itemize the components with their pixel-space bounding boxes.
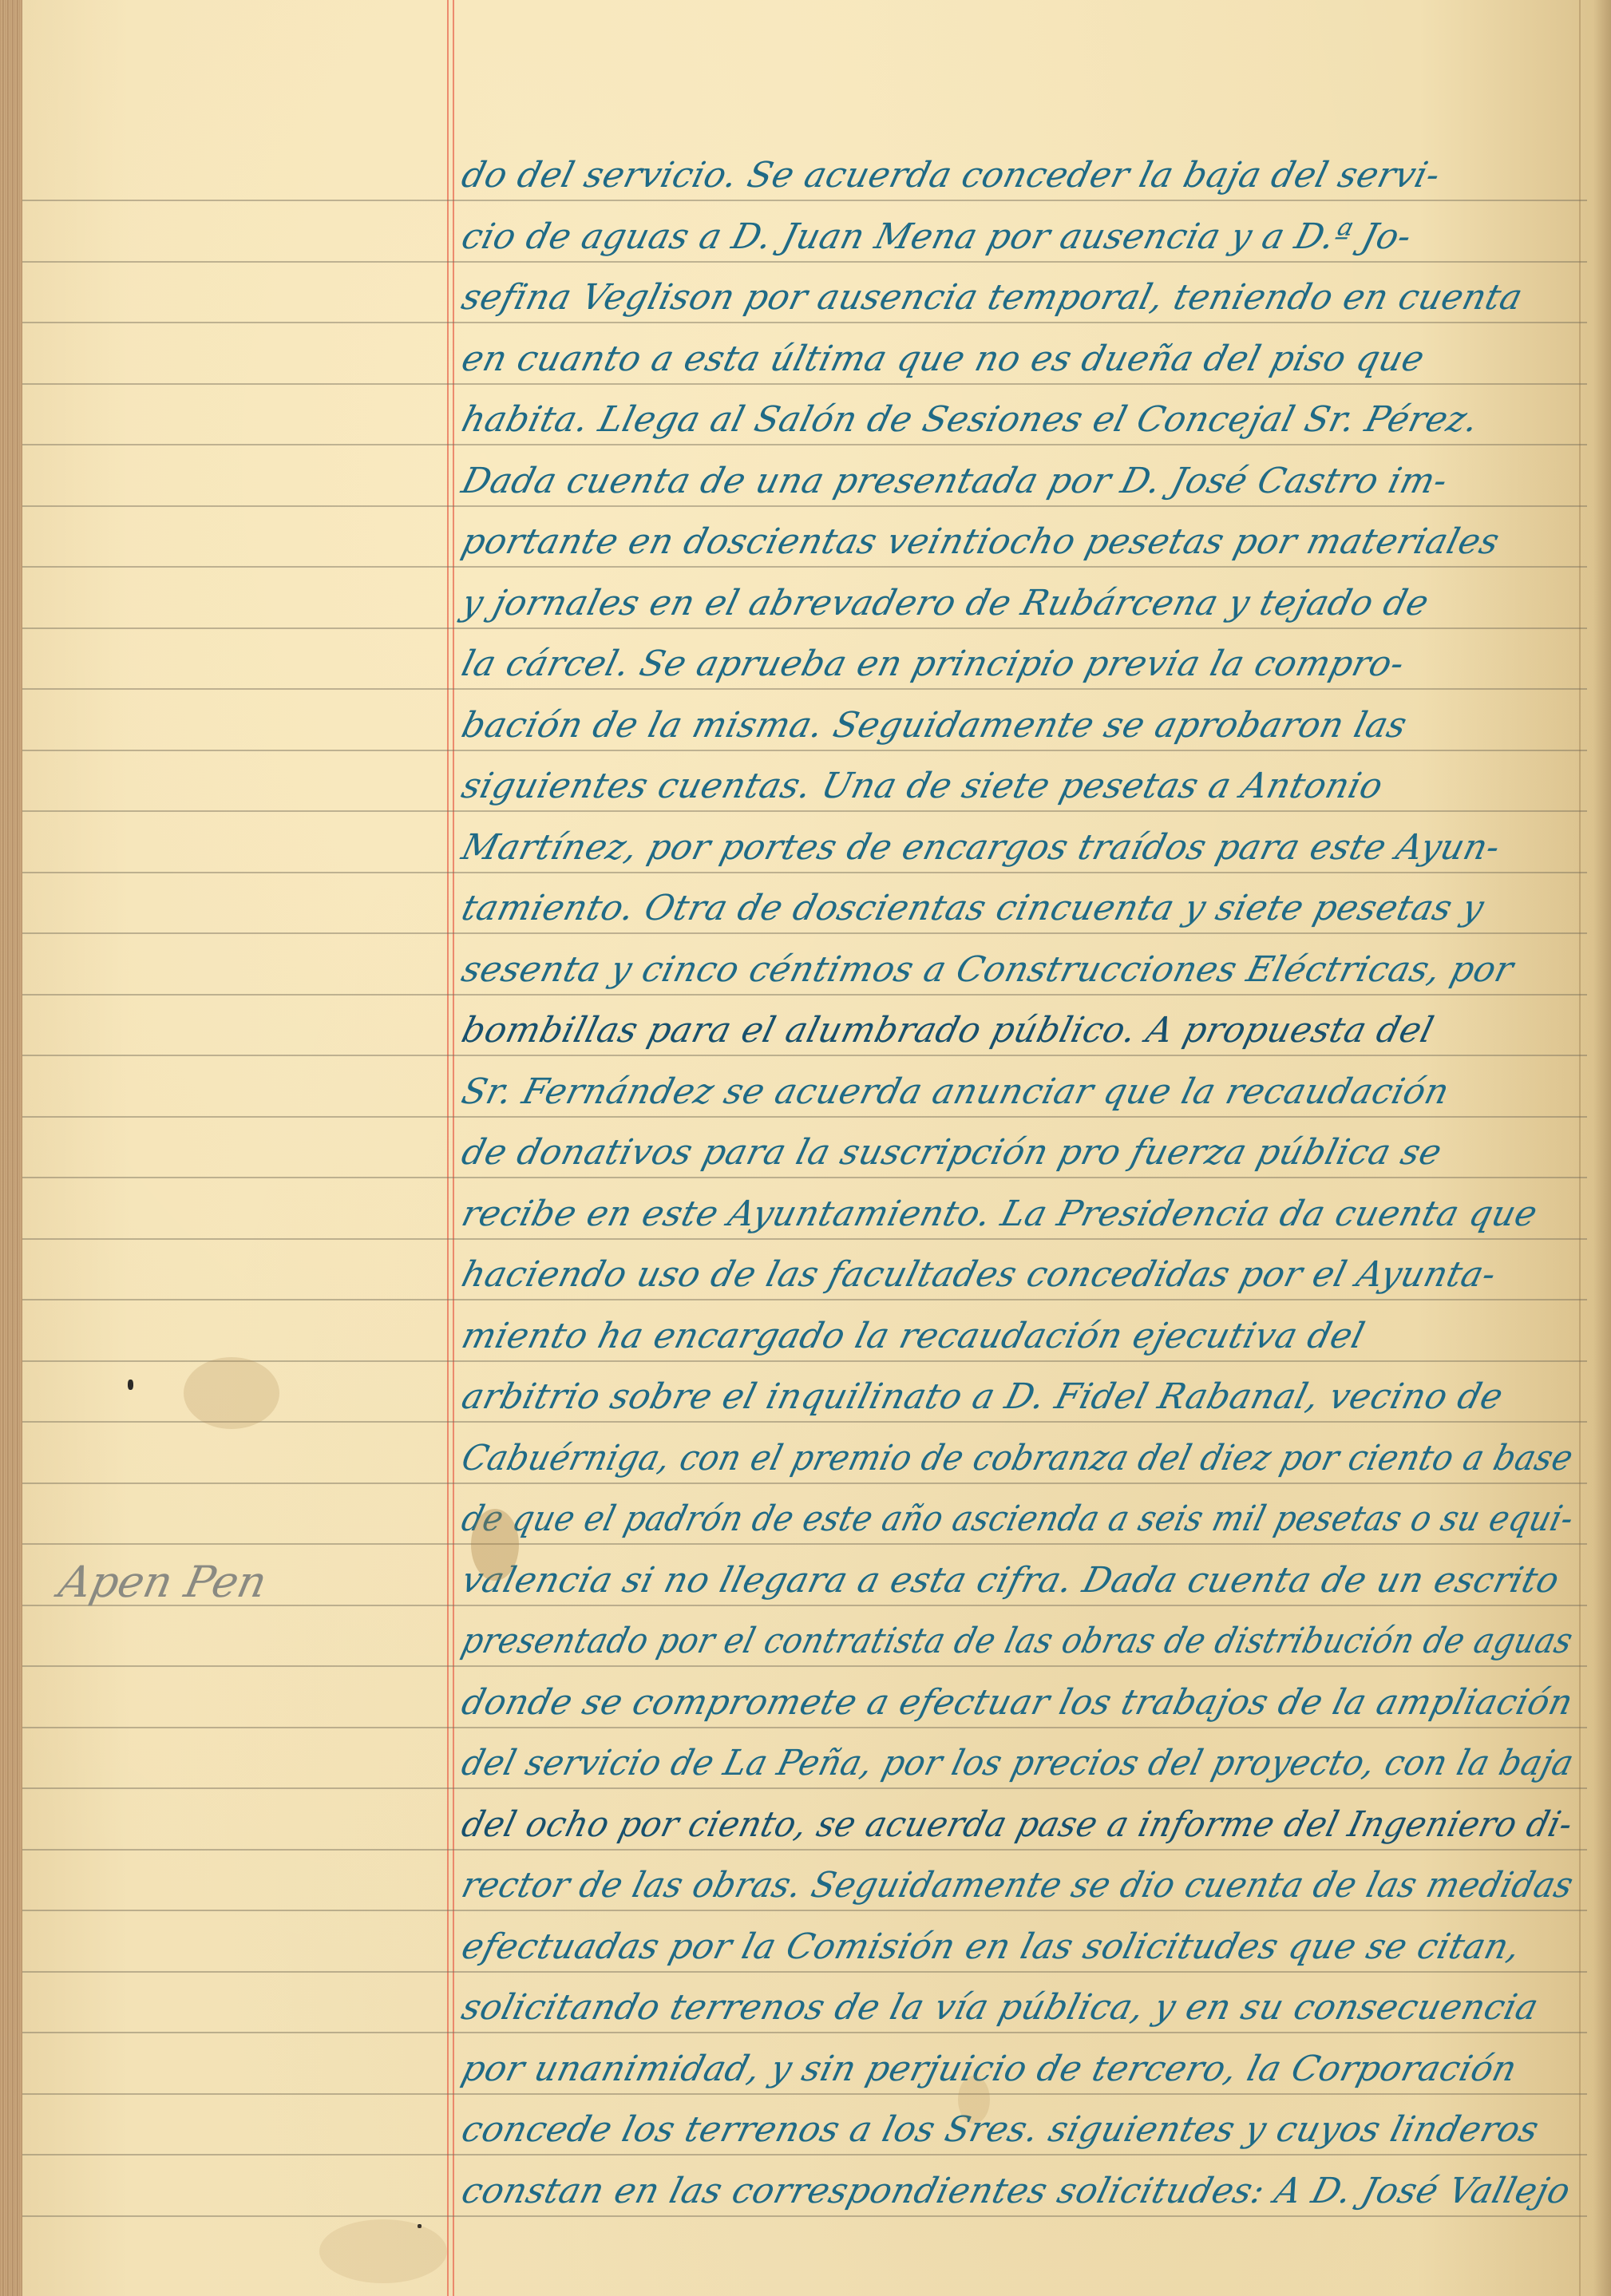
page-shadow-right bbox=[1593, 0, 1611, 2296]
rule-line bbox=[22, 627, 1587, 629]
handwritten-line: habita. Llega al Salón de Sesiones el Co… bbox=[458, 402, 1577, 437]
handwritten-line: del servicio de La Peña, por los precios… bbox=[458, 1746, 1526, 1781]
rule-line bbox=[22, 1238, 1587, 1240]
rule-line bbox=[22, 1055, 1587, 1056]
rule-line bbox=[22, 200, 1587, 201]
rule-line bbox=[22, 1360, 1587, 1362]
handwritten-line: bación de la misma. Seguidamente se apro… bbox=[458, 708, 1577, 743]
handwritten-line: constan en las correspondientes solicitu… bbox=[458, 2174, 1577, 2209]
handwritten-line: bombillas para el alumbrado público. A p… bbox=[458, 1013, 1577, 1048]
handwritten-line: Cabuérniga, con el premio de cobranza de… bbox=[458, 1441, 1504, 1476]
stain bbox=[184, 1357, 279, 1429]
rule-line bbox=[22, 322, 1587, 323]
page-binding-edge bbox=[0, 0, 22, 2296]
rule-line bbox=[22, 383, 1587, 385]
handwritten-line: y jornales en el abrevadero de Rubárcena… bbox=[458, 586, 1577, 621]
rule-line bbox=[22, 2154, 1587, 2155]
rule-line bbox=[22, 1727, 1587, 1728]
handwritten-line: por unanimidad, y sin perjuicio de terce… bbox=[458, 2052, 1577, 2087]
rule-line bbox=[22, 2093, 1587, 2095]
handwritten-line: miento ha encargado la recaudación ejecu… bbox=[458, 1319, 1577, 1354]
rule-line bbox=[22, 1971, 1587, 1973]
rule-line bbox=[22, 1910, 1587, 1911]
handwritten-line: del ocho por ciento, se acuerda pase a i… bbox=[458, 1807, 1530, 1843]
handwritten-line: efectuadas por la Comisión en las solici… bbox=[458, 1930, 1577, 1965]
rule-line bbox=[22, 1849, 1587, 1851]
handwritten-line: valencia si no llegara a esta cifra. Dad… bbox=[458, 1563, 1577, 1598]
handwritten-line: la cárcel. Se aprueba en principio previ… bbox=[458, 647, 1577, 682]
handwritten-line: Dada cuenta de una presentada por D. Jos… bbox=[458, 464, 1577, 499]
rule-line bbox=[22, 261, 1587, 263]
handwritten-line: solicitando terrenos de la vía pública, … bbox=[458, 1990, 1577, 2025]
handwritten-line: donde se compromete a efectuar los traba… bbox=[458, 1685, 1562, 1720]
handwritten-line: sesenta y cinco céntimos a Construccione… bbox=[458, 952, 1577, 988]
rule-line bbox=[22, 872, 1587, 873]
handwritten-line: arbitrio sobre el inquilinato a D. Fidel… bbox=[458, 1380, 1577, 1415]
rule-line bbox=[22, 688, 1587, 690]
rule-line bbox=[22, 1787, 1587, 1789]
stain bbox=[471, 1509, 519, 1581]
rule-line bbox=[22, 444, 1587, 445]
handwritten-line: Martínez, por portes de encargos traídos… bbox=[458, 830, 1577, 865]
handwritten-line: de que el padrón de este año ascienda a … bbox=[458, 1502, 1484, 1537]
rule-line bbox=[22, 2032, 1587, 2033]
handwritten-line: portante en doscientas veintiocho peseta… bbox=[458, 525, 1577, 560]
handwritten-line: rector de las obras. Seguidamente se dio… bbox=[458, 1868, 1534, 1903]
handwritten-line: de donativos para la suscripción pro fue… bbox=[458, 1135, 1577, 1170]
rule-line bbox=[22, 505, 1587, 507]
rule-line bbox=[22, 1543, 1587, 1545]
handwritten-line: en cuanto a esta última que no es dueña … bbox=[458, 342, 1577, 377]
rule-line bbox=[22, 1299, 1587, 1300]
handwritten-line: siguientes cuentas. Una de siete pesetas… bbox=[458, 769, 1577, 804]
rule-line bbox=[22, 1483, 1587, 1484]
rule-line bbox=[22, 810, 1587, 812]
handwritten-line: recibe en este Ayuntamiento. La Presiden… bbox=[458, 1197, 1577, 1232]
margin-rule-red-1 bbox=[447, 0, 449, 2296]
rule-line bbox=[22, 1665, 1587, 1667]
handwritten-line: presentado por el contratista de las obr… bbox=[458, 1624, 1481, 1659]
ledger-page: Apen Pen do del servicio. Se acuerda con… bbox=[0, 0, 1611, 2296]
handwritten-line: tamiento. Otra de doscientas cincuenta y… bbox=[458, 891, 1577, 926]
stain bbox=[958, 2076, 990, 2124]
rule-line bbox=[22, 750, 1587, 751]
handwritten-line: cio de aguas a D. Juan Mena por ausencia… bbox=[458, 220, 1577, 255]
rule-line bbox=[22, 1177, 1587, 1178]
handwritten-line: concede los terrenos a los Sres. siguien… bbox=[458, 2112, 1577, 2148]
margin-pencil-note: Apen Pen bbox=[54, 1557, 271, 1607]
rule-line bbox=[22, 1116, 1587, 1118]
rule-line bbox=[22, 566, 1587, 568]
rule-line bbox=[22, 932, 1587, 934]
rule-line bbox=[22, 2215, 1587, 2217]
handwritten-line: do del servicio. Se acuerda conceder la … bbox=[458, 158, 1577, 193]
rule-line bbox=[22, 994, 1587, 996]
ink-spot bbox=[128, 1380, 133, 1390]
handwritten-line: sefina Veglison por ausencia temporal, t… bbox=[458, 280, 1577, 315]
handwritten-line: Sr. Fernández se acuerda anunciar que la… bbox=[458, 1075, 1577, 1110]
margin-rule-red-2 bbox=[453, 0, 454, 2296]
handwritten-line: haciendo uso de las facultades concedida… bbox=[458, 1257, 1577, 1292]
stain bbox=[319, 2219, 447, 2283]
